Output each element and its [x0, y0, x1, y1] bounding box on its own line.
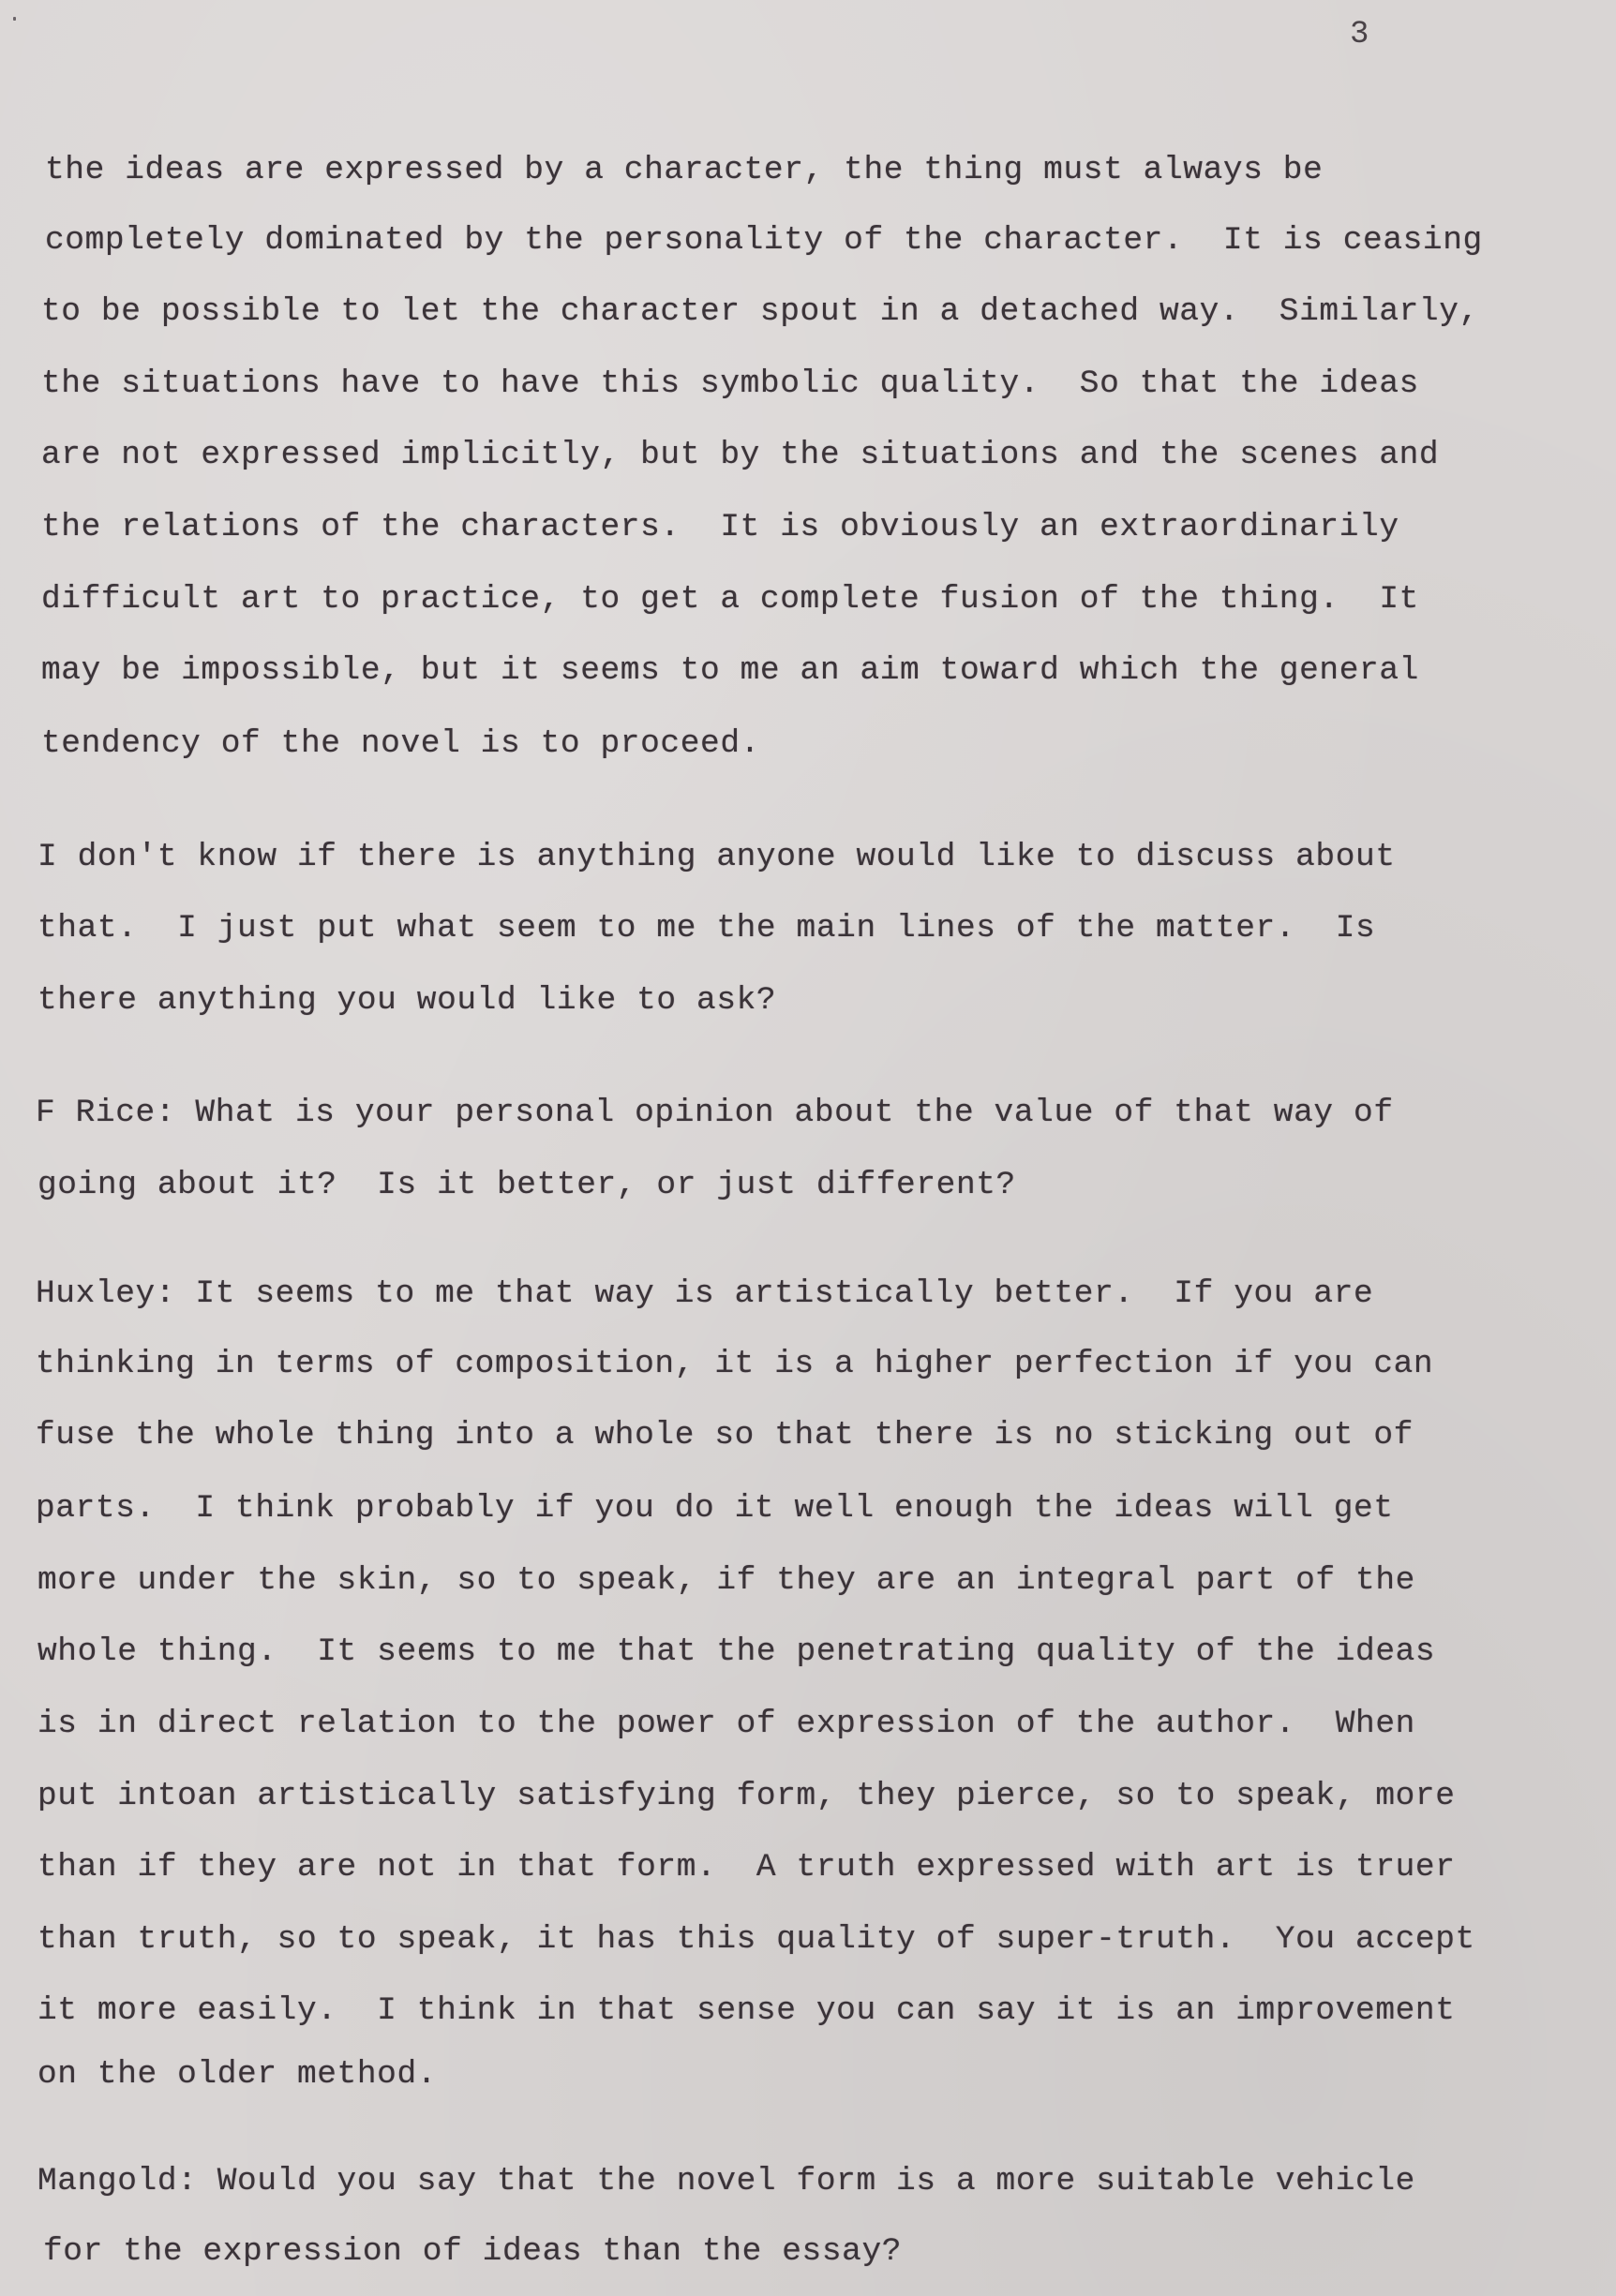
text-line: I don't know if there is anything anyone…	[37, 842, 1396, 874]
text-line: tendency of the novel is to proceed.	[41, 728, 760, 761]
text-line: whole thing. It seems to me that the pen…	[37, 1636, 1435, 1669]
text-line: that. I just put what seem to me the mai…	[37, 913, 1375, 946]
text-line: Mangold: Would you say that the novel fo…	[37, 2166, 1415, 2199]
text-line: more under the skin, so to speak, if the…	[37, 1565, 1415, 1598]
paper-speck	[13, 17, 16, 21]
text-line: fuse the whole thing into a whole so tha…	[36, 1420, 1414, 1453]
text-line: than if they are not in that form. A tru…	[37, 1852, 1456, 1885]
text-line: going about it? Is it better, or just di…	[37, 1170, 1016, 1202]
text-line: on the older method.	[37, 2059, 437, 2092]
text-line: the ideas are expressed by a character, …	[45, 155, 1323, 187]
text-line: the situations have to have this symboli…	[41, 368, 1419, 401]
text-line: may be impossible, but it seems to me an…	[41, 655, 1419, 688]
text-line: are not expressed implicitly, but by the…	[41, 440, 1439, 472]
text-line: F Rice: What is your personal opinion ab…	[36, 1097, 1394, 1130]
text-line: there anything you would like to ask?	[37, 985, 776, 1018]
text-line: Huxley: It seems to me that way is artis…	[36, 1278, 1373, 1311]
text-line: than truth, so to speak, it has this qua…	[37, 1924, 1475, 1957]
text-line: to be possible to let the character spou…	[41, 296, 1479, 329]
text-line: for the expression of ideas than the ess…	[43, 2236, 902, 2269]
page-number: 3	[1350, 17, 1369, 52]
text-line: thinking in terms of composition, it is …	[36, 1349, 1433, 1381]
text-line: parts. I think probably if you do it wel…	[36, 1493, 1394, 1526]
text-line: the relations of the characters. It is o…	[41, 512, 1399, 544]
text-line: difficult art to practice, to get a comp…	[41, 584, 1419, 617]
text-line: is in direct relation to the power of ex…	[37, 1708, 1415, 1741]
typewritten-page: 3 the ideas are expressed by a character…	[0, 0, 1616, 2296]
text-line: it more easily. I think in that sense yo…	[37, 1995, 1456, 2028]
text-line: completely dominated by the personality …	[45, 225, 1483, 258]
text-line: put intoan artistically satisfying form,…	[37, 1781, 1456, 1813]
